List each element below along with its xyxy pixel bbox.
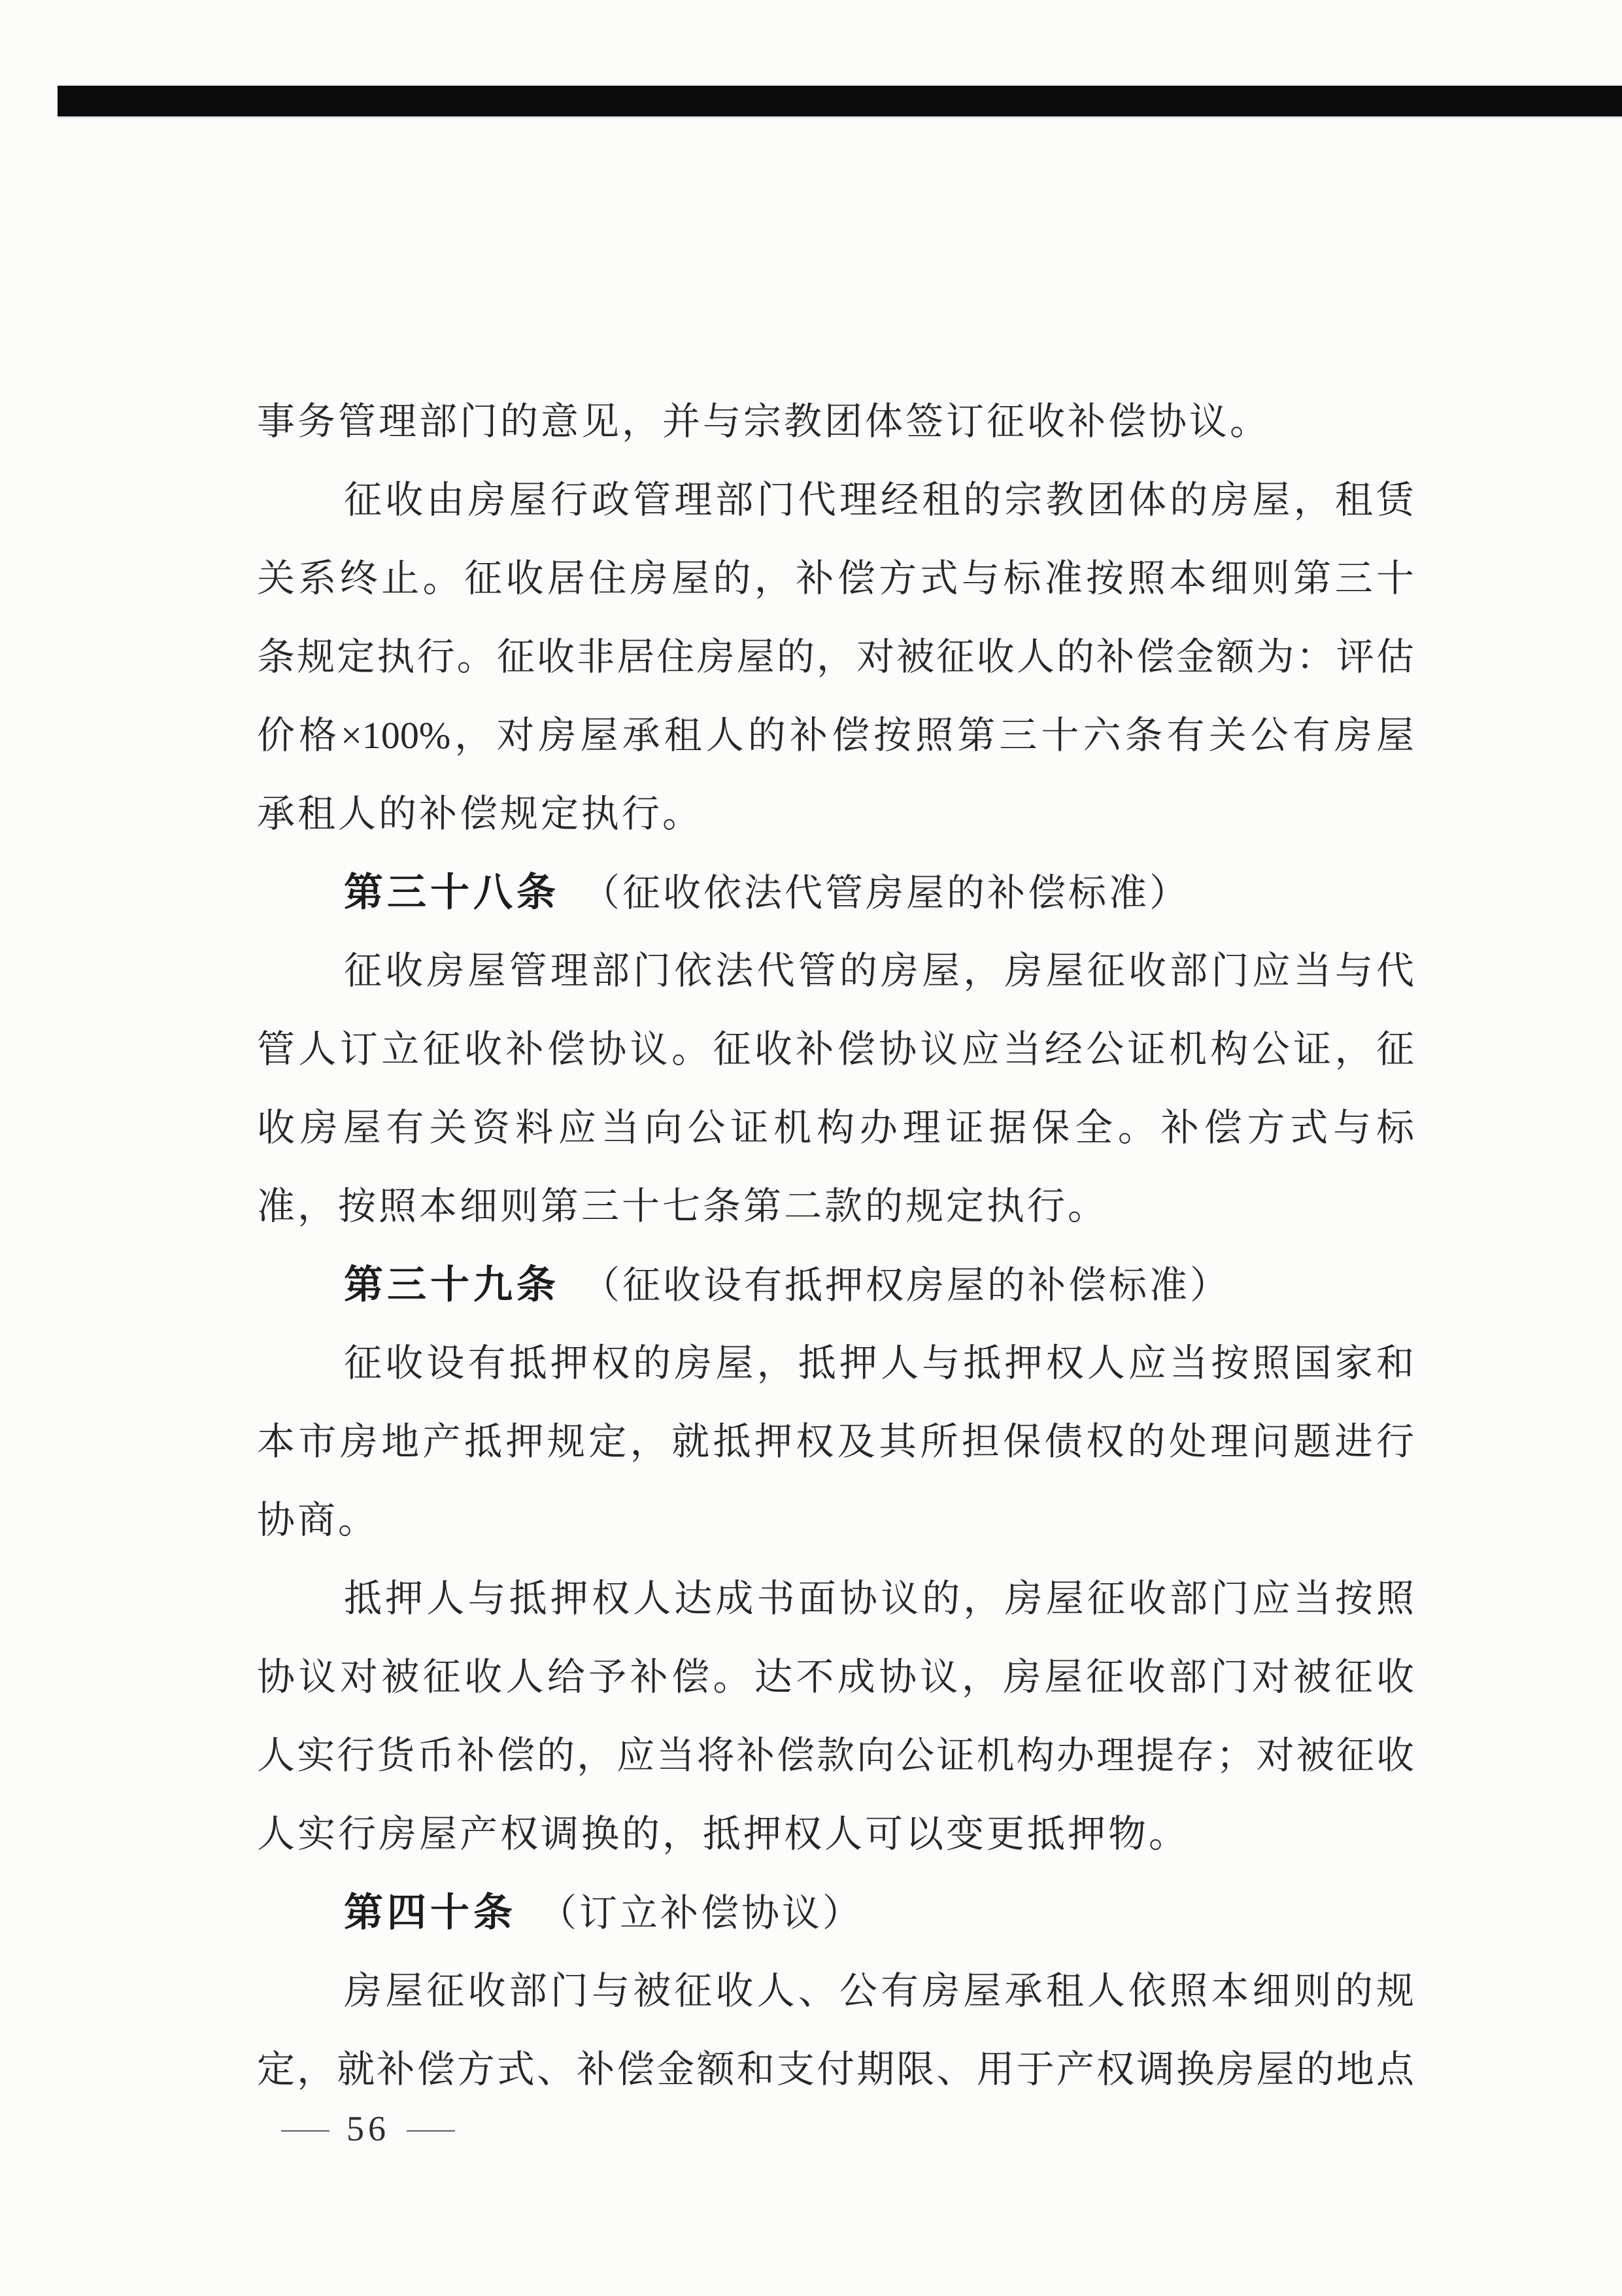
- text-line: 本市房地产抵押规定，就抵押权及其所担保债权的处理问题进行: [257, 1403, 1414, 1481]
- article-heading-40: 第四十条（订立补偿协议）: [257, 1874, 1414, 1952]
- text-line: 征收由房屋行政管理部门代理经租的宗教团体的房屋，租赁: [257, 461, 1414, 540]
- article-number: 第三十八条: [344, 871, 560, 914]
- text-line: 关系终止。征收居住房屋的，补偿方式与标准按照本细则第三十: [257, 540, 1414, 618]
- text-line: 事务管理部门的意见，并与宗教团体签订征收补偿协议。: [257, 383, 1414, 461]
- page-number-right-dash: —: [407, 2114, 455, 2142]
- text-line: 抵押人与抵押权人达成书面协议的，房屋征收部门应当按照: [257, 1560, 1414, 1638]
- article-heading-39: 第三十九条（征收设有抵押权房屋的补偿标准）: [257, 1246, 1414, 1324]
- text-line: 征收设有抵押权的房屋，抵押人与抵押权人应当按照国家和: [257, 1324, 1414, 1403]
- article-title: （征收依法代管房屋的补偿标准）: [582, 872, 1190, 914]
- text-line: 人实行货币补偿的，应当将补偿款向公证机构办理提存；对被征收: [257, 1717, 1414, 1795]
- article-title: （订立补偿协议）: [539, 1892, 863, 1934]
- page-number-value: 56: [346, 2108, 390, 2149]
- document-body: 事务管理部门的意见，并与宗教团体签订征收补偿协议。 征收由房屋行政管理部门代理经…: [257, 383, 1414, 2109]
- scan-top-black-bar: [58, 86, 1622, 116]
- text-line: 条规定执行。征收非居住房屋的，对被征收人的补偿金额为：评估: [257, 618, 1414, 696]
- article-heading-38: 第三十八条（征收依法代管房屋的补偿标准）: [257, 853, 1414, 932]
- text-line: 征收房屋管理部门依法代管的房屋，房屋征收部门应当与代: [257, 932, 1414, 1010]
- article-number: 第四十条: [344, 1891, 516, 1934]
- scan-bar-edge-artifact: [58, 116, 1622, 118]
- scanned-document-page: 事务管理部门的意见，并与宗教团体签订征收补偿协议。 征收由房屋行政管理部门代理经…: [0, 0, 1622, 2296]
- text-line: 人实行房屋产权调换的，抵押权人可以变更抵押物。: [257, 1795, 1414, 1874]
- text-line: 房屋征收部门与被征收人、公有房屋承租人依照本细则的规: [257, 1952, 1414, 2030]
- article-title: （征收设有抵押权房屋的补偿标准）: [582, 1264, 1230, 1307]
- page-number-left-dash: —: [282, 2114, 329, 2142]
- text-line: 收房屋有关资料应当向公证机构办理证据保全。补偿方式与标: [257, 1089, 1414, 1167]
- text-line: 协商。: [257, 1481, 1414, 1560]
- text-line: 价格×100%，对房屋承租人的补偿按照第三十六条有关公有房屋: [257, 696, 1414, 775]
- page-number: — 56 —: [288, 2093, 448, 2165]
- text-line: 管人订立征收补偿协议。征收补偿协议应当经公证机构公证，征: [257, 1010, 1414, 1089]
- article-number: 第三十九条: [344, 1263, 560, 1307]
- text-line: 准，按照本细则第三十七条第二款的规定执行。: [257, 1167, 1414, 1246]
- text-line: 协议对被征收人给予补偿。达不成协议，房屋征收部门对被征收: [257, 1638, 1414, 1717]
- text-line: 承租人的补偿规定执行。: [257, 775, 1414, 853]
